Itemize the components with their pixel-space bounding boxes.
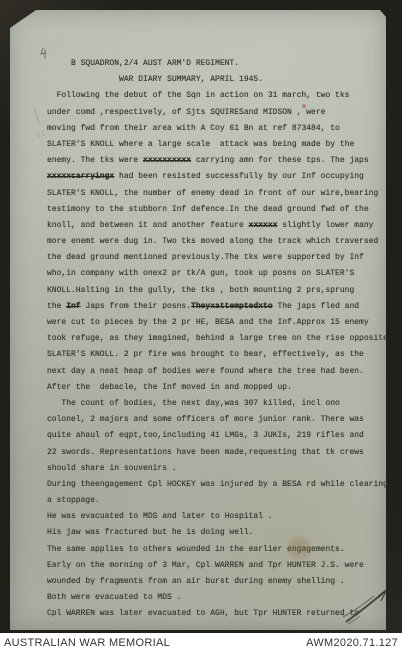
text-segment: enemy. The tks were (47, 156, 143, 165)
text-segment: SLATER'S KNOLL. 2 pr fire was brought to… (47, 350, 364, 359)
document-line: under comd ,respectively, of Sjts SQUIRE… (47, 105, 386, 121)
document-line: who,in company with onex2 pr tk/A gun, t… (47, 266, 386, 282)
document-line: Cpl WARREN was later evacuated to AGH, b… (47, 606, 386, 622)
text-segment: a stoppage. (47, 496, 100, 505)
text-segment: He was evacuated to MDS and later to Hos… (47, 512, 273, 521)
text-segment: Early on the morning of 3 Mar, Cpl WARRE… (47, 561, 364, 570)
document-line: next day a neat heap of bodies were foun… (47, 364, 386, 380)
document-line: B SQUADRON,2/4 AUST ARM'D REGIMENT. (47, 56, 386, 72)
document-line: KNOLL.Halting in the gully, the tks , bo… (47, 283, 386, 299)
text-segment: B SQUADRON,2/4 AUST ARM'D REGIMENT. (47, 59, 239, 68)
struck-text: xxxxxx (249, 221, 278, 230)
document-line: the dead ground mentioned previously.The… (47, 250, 386, 266)
document-line: moving fwd from their area with A Coy 61… (47, 121, 386, 137)
document-line: He was evacuated to MDS and later to Hos… (47, 509, 386, 525)
text-segment: carrying amn for these tps. The japs (191, 156, 369, 165)
text-segment: Both were evacuated to MDS . (47, 593, 181, 602)
document-line: the Inf Japs from their posns.Theyxattem… (47, 299, 386, 315)
text-segment: quite ahaul of eqpt,too,including 41 LMG… (47, 431, 364, 440)
text-segment: Following the debut of the Sqn in action… (47, 91, 349, 100)
text-segment: colonel, 2 majors and some officers of m… (47, 415, 364, 424)
document-line: took refuge, as they imagined, behind a … (47, 331, 386, 347)
document-line: SLATER'S KNOLL, the number of enemy dead… (47, 186, 386, 202)
document-line: WAR DIARY SUMMARY, APRIL 1945. (47, 72, 386, 88)
text-segment: WAR DIARY SUMMARY, APRIL 1945. (47, 75, 263, 84)
document-line: Following the debut of the Sqn in action… (47, 88, 386, 104)
footer-bar: AUSTRALIAN WAR MEMORIAL AWM2020.71.127 (0, 633, 402, 653)
footer-accession: AWM2020.71.127 (306, 637, 398, 649)
scan-frame: B SQUADRON,2/4 AUST ARM'D REGIMENT. WAR … (0, 0, 402, 633)
document-line: SLATER'S KNOLL. 2 pr fire was brought to… (47, 347, 386, 363)
document-line: wounded by fragments from an air burst d… (47, 574, 386, 590)
text-segment: Cpl WARREN was later evacuated to AGH, b… (47, 609, 359, 618)
text-segment: testimony to the stubborn Inf defence.In… (47, 205, 369, 214)
text-segment: should share in souvenirs . (47, 464, 177, 473)
text-segment: knoll, and between it and another featur… (47, 221, 249, 230)
scratch-marks (30, 102, 52, 146)
document-text: B SQUADRON,2/4 AUST ARM'D REGIMENT. WAR … (47, 56, 386, 623)
text-segment: the dead ground mentioned previously.The… (47, 253, 364, 262)
document-line: testimony to the stubborn Inf defence.In… (47, 202, 386, 218)
text-segment: were cut to pieces by the 2 pr HE, BESA … (47, 318, 369, 327)
document-line: During theengagement Cpl HOCKEY was inju… (47, 477, 386, 493)
text-segment: had been resisted successfully by our In… (114, 172, 364, 181)
text-segment: 22 swords. Representations have been mad… (47, 448, 364, 457)
document-line: a stoppage. (47, 493, 386, 509)
document-line: After the debacle, the Inf moved in and … (47, 380, 386, 396)
footer-institution: AUSTRALIAN WAR MEMORIAL (4, 637, 170, 649)
text-segment: moving fwd from their area with A Coy 61… (47, 124, 340, 133)
text-segment: After the debacle, the Inf moved in and … (47, 383, 292, 392)
pen-tick-mark (38, 46, 50, 62)
struck-text: Inf (66, 302, 80, 311)
document-line: quite ahaul of eqpt,too,including 41 LMG… (47, 428, 386, 444)
document-line: colonel, 2 majors and some officers of m… (47, 412, 386, 428)
struck-text: xxxxxcarryingx (47, 172, 114, 181)
text-segment: the (47, 302, 66, 311)
text-segment: The japs fled and (273, 302, 359, 311)
text-segment: more enemt were dug in. Two tks moved al… (47, 237, 378, 246)
text-segment: who,in company with onex2 pr tk/A gun, t… (47, 269, 354, 278)
document-line: Early on the morning of 3 Mar, Cpl WARRE… (47, 558, 386, 574)
text-segment: took refuge, as they imagined, behind a … (47, 334, 388, 343)
document-line: knoll, and between it and another featur… (47, 218, 386, 234)
text-segment: under comd ,respectively, of Sjts SQUIRE… (47, 108, 325, 117)
document-line: more enemt were dug in. Two tks moved al… (47, 234, 386, 250)
document-line: should share in souvenirs . (47, 461, 386, 477)
struck-text: xxxxxxxxxx (143, 156, 191, 165)
document-page: B SQUADRON,2/4 AUST ARM'D REGIMENT. WAR … (10, 10, 386, 630)
document-line: enemy. The tks were xxxxxxxxxx carrying … (47, 153, 386, 169)
struck-text: Theyxattemptedxto (191, 302, 273, 311)
text-segment: KNOLL.Halting in the gully, the tks , bo… (47, 286, 354, 295)
document-line: His jaw was fractured but he is doing we… (47, 525, 386, 541)
text-segment: wounded by fragments from an air burst d… (47, 577, 345, 586)
text-segment: SLATER'S KNOLL, the number of enemy dead… (47, 189, 378, 198)
text-segment: Japs from their posns. (81, 302, 191, 311)
document-line: 22 swords. Representations have been mad… (47, 445, 386, 461)
text-segment: slightly lower many (277, 221, 373, 230)
text-segment: The count of bodies, the next day,was 30… (47, 399, 340, 408)
document-line: The same applies to others wounded in th… (47, 542, 386, 558)
handwritten-arrow-mark (340, 582, 396, 628)
ink-speck (302, 104, 306, 108)
document-line: The count of bodies, the next day,was 30… (47, 396, 386, 412)
text-segment: SLATER'S KNOLL where a large scale attac… (47, 140, 354, 149)
document-line: Both were evacuated to MDS . (47, 590, 386, 606)
text-segment: next day a neat heap of bodies were foun… (47, 367, 364, 376)
document-line: were cut to pieces by the 2 pr HE, BESA … (47, 315, 386, 331)
document-line: SLATER'S KNOLL where a large scale attac… (47, 137, 386, 153)
stain-spot (285, 535, 313, 561)
text-segment: During theengagement Cpl HOCKEY was inju… (47, 480, 388, 489)
document-line: xxxxxcarryingx had been resisted success… (47, 169, 386, 185)
text-segment: His jaw was fractured but he is doing we… (47, 528, 253, 537)
